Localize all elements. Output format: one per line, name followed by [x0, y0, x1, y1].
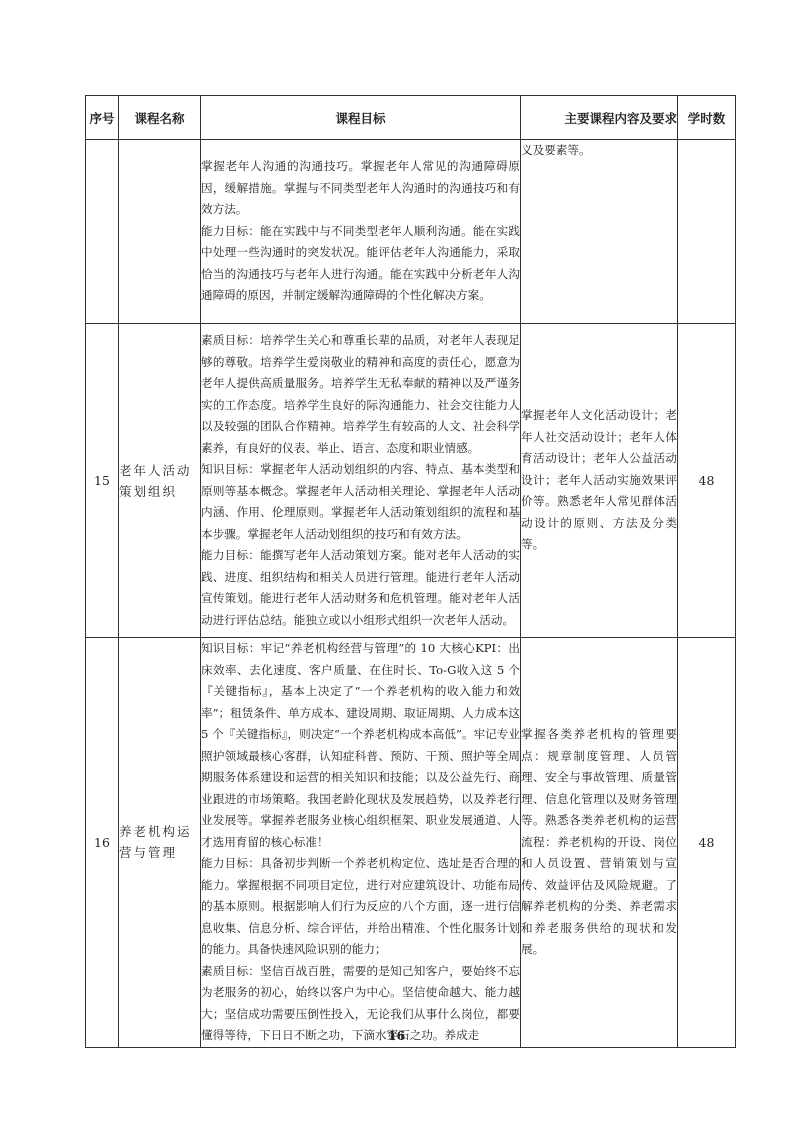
table-row: 16 养老机构运营与管理 知识目标：牢记“养老机构经营与管理”的 10 大核心K… [86, 638, 736, 1048]
row-no: 16 [86, 638, 119, 1048]
row-no: 15 [86, 324, 119, 638]
row-course-name: 老年人活动策划组织 [119, 324, 201, 638]
goal-paragraph: 能力目标：能在实践中与不同类型老年人顺利沟通。能在实践中处理一些沟通时的突发状况… [201, 221, 520, 307]
goal-paragraph: 掌握老年人沟通的沟通技巧。掌握老年人常见的沟通障碍原因，缓解措施。掌握与不同类型… [201, 156, 520, 221]
course-table: 序号 课程名称 课程目标 主要课程内容及要求 学时数 掌握老年人沟通的沟通技巧。… [85, 95, 736, 1048]
goal-paragraph: 素质目标：培养学生关心和尊重长辈的品质，对老年人表现足够的尊敬。培养学生爱岗敬业… [201, 330, 520, 459]
goal-paragraph: 能力目标：具备初步判断一个养老机构定位、选址是否合理的能力。掌握根据不同项目定位… [201, 853, 520, 961]
goal-paragraph: 知识目标：牢记“养老机构经营与管理”的 10 大核心KPI：出床效率、去化速度、… [201, 638, 520, 853]
header-no: 序号 [86, 96, 119, 140]
header-course-content: 主要课程内容及要求 [521, 96, 678, 140]
header-course-name: 课程名称 [119, 96, 201, 140]
goal-paragraph: 能力目标：能撰写老年人活动策划方案。能对老年人活动的实践、进度、组织结构和相关人… [201, 545, 520, 631]
row-course-goal: 掌握老年人沟通的沟通技巧。掌握老年人常见的沟通障碍原因，缓解措施。掌握与不同类型… [201, 140, 521, 324]
row-course-content: 掌握各类养老机构的管理要点：规章制度管理、人员管理、安全与事故管理、质量管理、信… [521, 638, 678, 1048]
row-course-goal: 知识目标：牢记“养老机构经营与管理”的 10 大核心KPI：出床效率、去化速度、… [201, 638, 521, 1048]
row-course-name [119, 140, 201, 324]
page-number: 16 [0, 1028, 793, 1043]
table-row: 15 老年人活动策划组织 素质目标：培养学生关心和尊重长辈的品质，对老年人表现足… [86, 324, 736, 638]
table-row: 掌握老年人沟通的沟通技巧。掌握老年人常见的沟通障碍原因，缓解措施。掌握与不同类型… [86, 140, 736, 324]
goal-paragraph: 知识目标：掌握老年人活动划组织的内容、特点、基本类型和原则等基本概念。掌握老年人… [201, 459, 520, 545]
row-course-name: 养老机构运营与管理 [119, 638, 201, 1048]
header-hours: 学时数 [678, 96, 736, 140]
row-course-goal: 素质目标：培养学生关心和尊重长辈的品质，对老年人表现足够的尊敬。培养学生爱岗敬业… [201, 324, 521, 638]
table-header-row: 序号 课程名称 课程目标 主要课程内容及要求 学时数 [86, 96, 736, 140]
row-course-content: 掌握老年人文化活动设计；老年人社交活动设计；老年人体育活动设计；老年人公益活动设… [521, 324, 678, 638]
row-hours: 48 [678, 638, 736, 1048]
row-hours [678, 140, 736, 324]
row-course-content: 义及要素等。 [521, 140, 678, 324]
row-hours: 48 [678, 324, 736, 638]
row-no [86, 140, 119, 324]
header-course-goal: 课程目标 [201, 96, 521, 140]
